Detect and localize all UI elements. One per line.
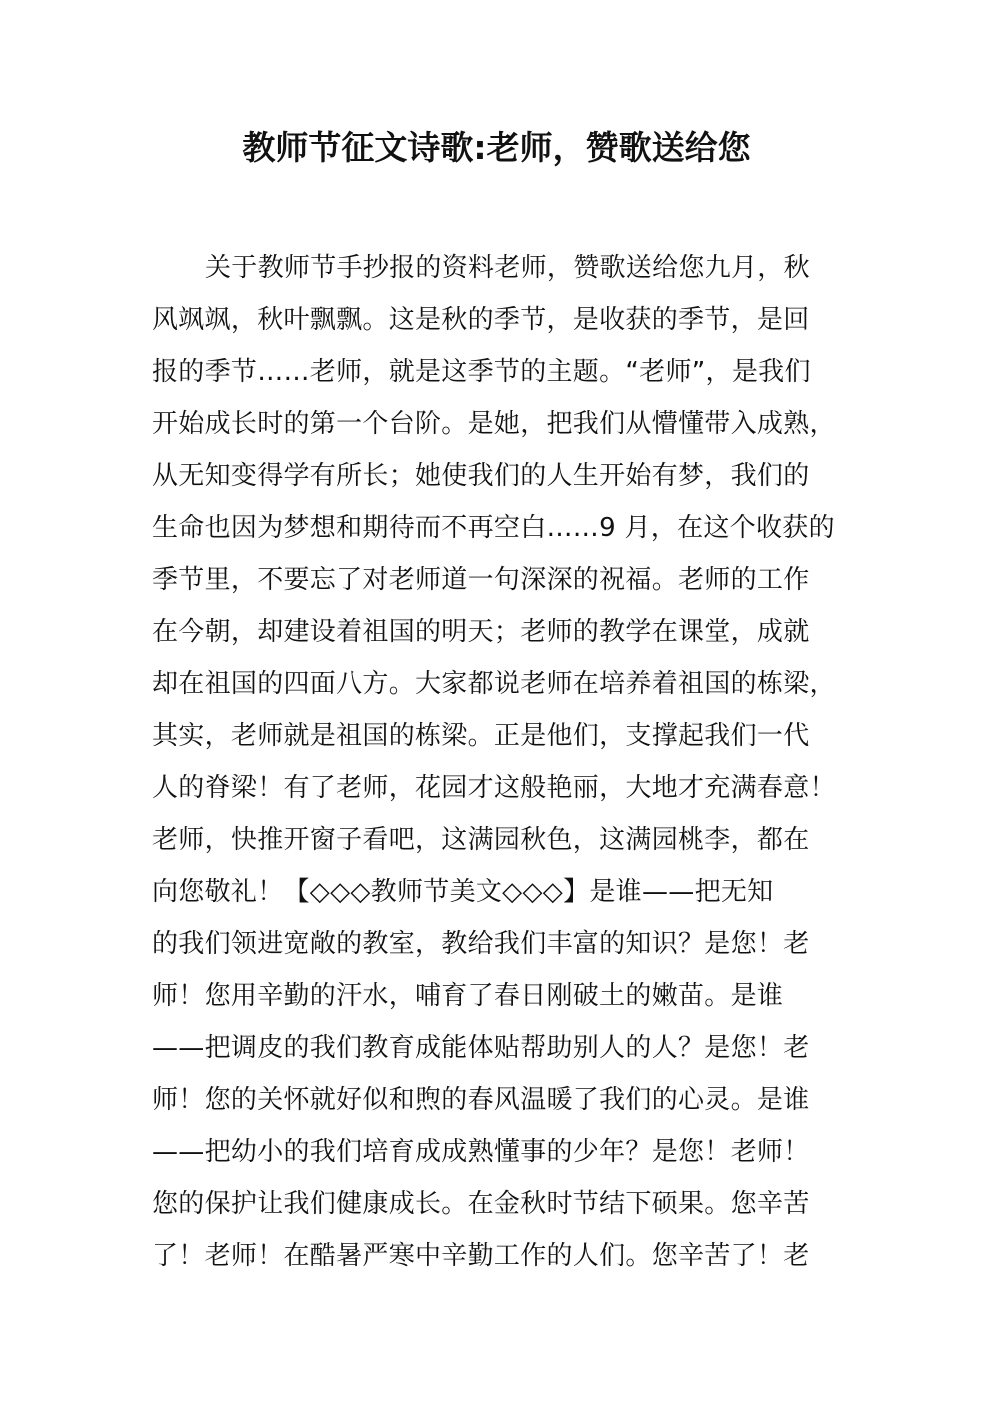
document-body: 关于教师节手抄报的资料老师，赞歌送给您九月，秋 风飒飒，秋叶飘飘。这是秋的季节，… bbox=[152, 242, 842, 1282]
body-line: 的我们领进宽敞的教室，教给我们丰富的知识？是您！老 bbox=[152, 918, 842, 970]
document-page: 教师节征文诗歌:老师，赞歌送给您 关于教师节手抄报的资料老师，赞歌送给您九月，秋… bbox=[0, 0, 993, 1404]
body-line: 师！您的关怀就好似和煦的春风温暖了我们的心灵。是谁 bbox=[152, 1074, 842, 1126]
body-line: 在今朝，却建设着祖国的明天；老师的教学在课堂，成就 bbox=[152, 606, 842, 658]
body-line: 您的保护让我们健康成长。在金秋时节结下硕果。您辛苦 bbox=[152, 1178, 842, 1230]
document-title: 教师节征文诗歌:老师，赞歌送给您 bbox=[0, 124, 993, 172]
body-line: 生命也因为梦想和期待而不再空白……9 月，在这个收获的 bbox=[152, 502, 842, 554]
body-line: 报的季节……老师，就是这季节的主题。“老师”，是我们 bbox=[152, 346, 842, 398]
body-line: 开始成长时的第一个台阶。是她，把我们从懵懂带入成熟， bbox=[152, 398, 842, 450]
body-line: ——把调皮的我们教育成能体贴帮助别人的人？是您！老 bbox=[152, 1022, 842, 1074]
body-line: 风飒飒，秋叶飘飘。这是秋的季节，是收获的季节，是回 bbox=[152, 294, 842, 346]
body-line: 季节里，不要忘了对老师道一句深深的祝福。老师的工作 bbox=[152, 554, 842, 606]
body-line: 人的脊梁！有了老师，花园才这般艳丽，大地才充满春意！ bbox=[152, 762, 842, 814]
body-line: 关于教师节手抄报的资料老师，赞歌送给您九月，秋 bbox=[152, 242, 842, 294]
body-line: ——把幼小的我们培育成成熟懂事的少年？是您！老师！ bbox=[152, 1126, 842, 1178]
body-line: 老师，快推开窗子看吧，这满园秋色，这满园桃李，都在 bbox=[152, 814, 842, 866]
body-line: 其实，老师就是祖国的栋梁。正是他们，支撑起我们一代 bbox=[152, 710, 842, 762]
body-line: 了！老师！在酷暑严寒中辛勤工作的人们。您辛苦了！老 bbox=[152, 1230, 842, 1282]
body-line: 向您敬礼！【◇◇◇教师节美文◇◇◇】是谁——把无知 bbox=[152, 866, 842, 918]
body-line: 从无知变得学有所长；她使我们的人生开始有梦，我们的 bbox=[152, 450, 842, 502]
body-line: 却在祖国的四面八方。大家都说老师在培养着祖国的栋梁， bbox=[152, 658, 842, 710]
body-line: 师！您用辛勤的汗水，哺育了春日刚破土的嫩苗。是谁 bbox=[152, 970, 842, 1022]
